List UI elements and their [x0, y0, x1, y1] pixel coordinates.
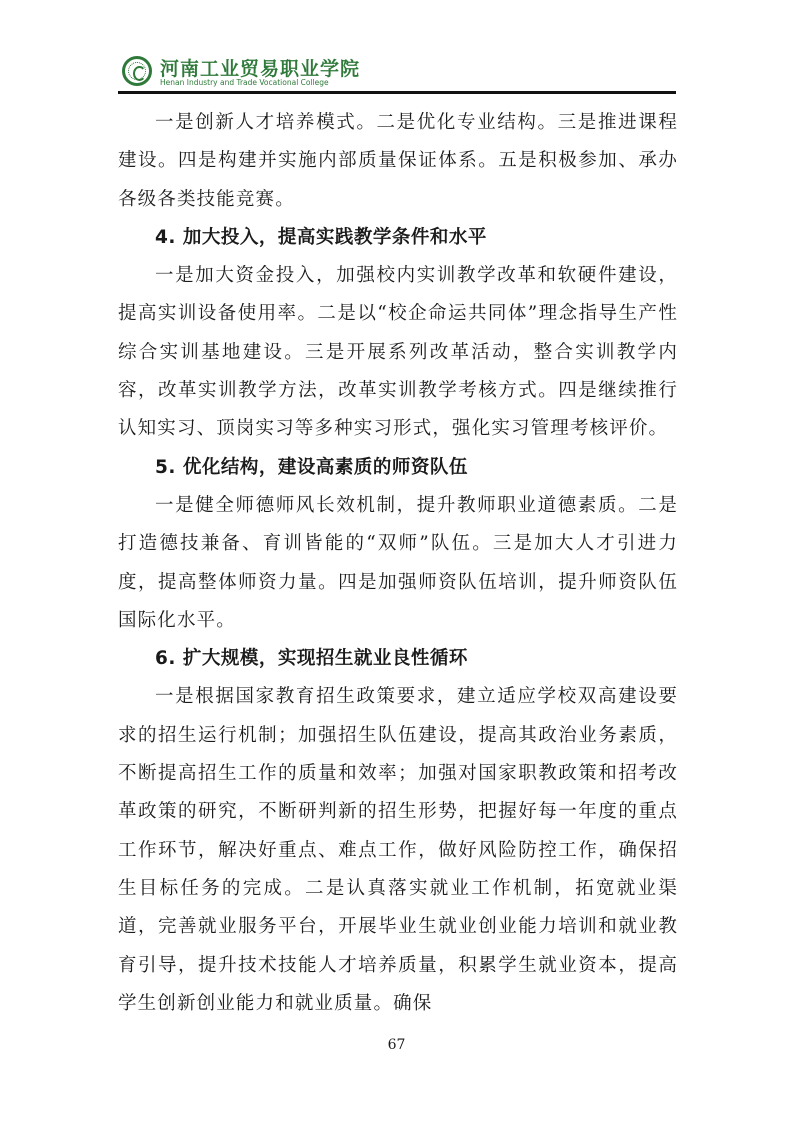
paragraph: 一是健全师德师风长效机制，提升教师职业道德素质。二是打造德技兼备、育训皆能的“双…: [118, 487, 678, 640]
section-heading: 6. 扩大规模，实现招生就业良性循环: [118, 640, 678, 678]
college-name-cn: 河南工业贸易职业学院: [160, 54, 360, 81]
section-heading: 4. 加大投入，提高实践教学条件和水平: [118, 219, 678, 257]
paragraph: 一是创新人才培养模式。二是优化专业结构。三是推进课程建设。四是构建并实施内部质量…: [118, 104, 678, 219]
header-rule: [118, 91, 676, 94]
paragraph: 一是加大资金投入，加强校内实训教学改革和软硬件建设，提高实训设备使用率。二是以“…: [118, 257, 678, 448]
college-name-en: Henan Industry and Trade Vocational Coll…: [160, 78, 329, 87]
page-number: 67: [0, 1037, 793, 1053]
document-body: 一是创新人才培养模式。二是优化专业结构。三是推进课程建设。四是构建并实施内部质量…: [118, 104, 678, 1023]
paragraph: 一是根据国家教育招生政策要求，建立适应学校双高建设要求的招生运行机制；加强招生队…: [118, 678, 678, 1023]
section-heading: 5. 优化结构，建设高素质的师资队伍: [118, 449, 678, 487]
page-header: 河南工业贸易职业学院 Henan Industry and Trade Voca…: [118, 54, 676, 94]
college-emblem-icon: [122, 56, 152, 86]
